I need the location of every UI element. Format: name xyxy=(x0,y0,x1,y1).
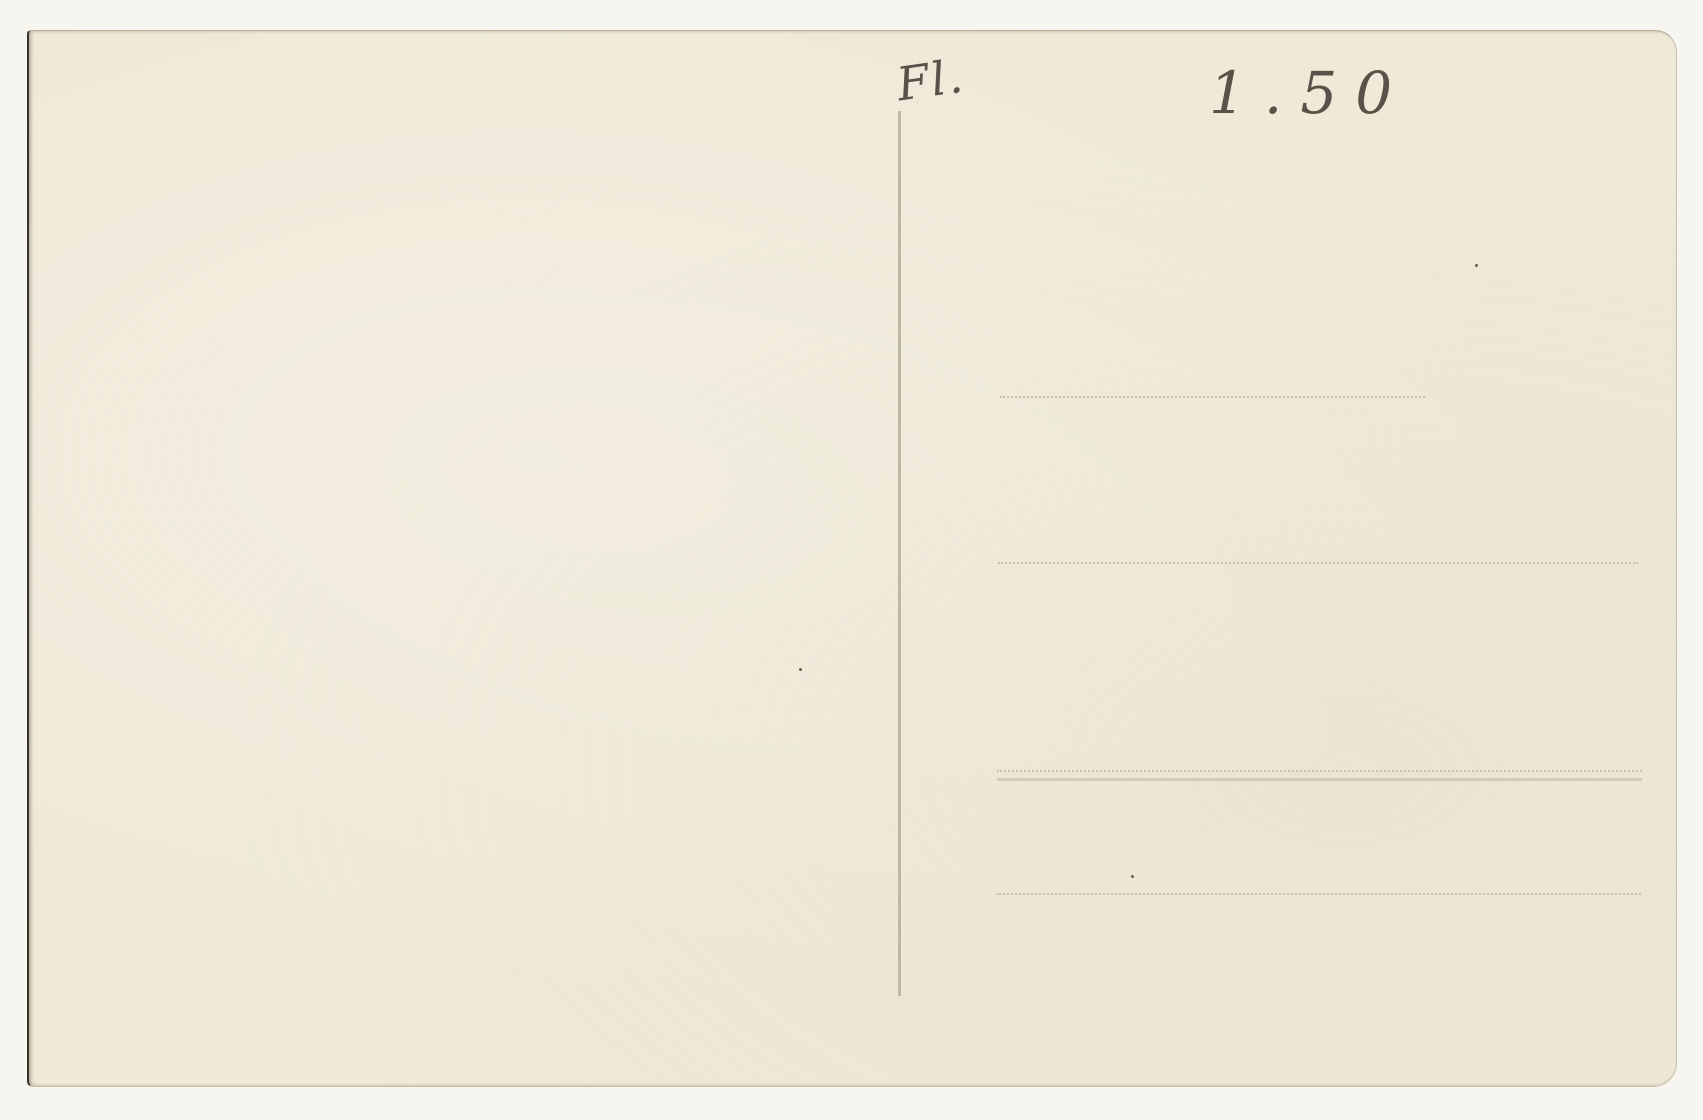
paper-speck xyxy=(1131,875,1134,878)
handwritten-price: 1.50 xyxy=(1209,59,1410,127)
postcard: Fl. 1.50 xyxy=(27,30,1677,1087)
address-line-2 xyxy=(998,562,1638,564)
address-line-1 xyxy=(1000,396,1425,398)
handwritten-annotation: Fl. xyxy=(894,49,968,112)
address-line-3 xyxy=(997,778,1642,781)
address-line-3-top xyxy=(997,770,1642,772)
paper-speck xyxy=(799,668,802,671)
paper-speck xyxy=(1475,264,1478,267)
paper-texture xyxy=(29,31,1676,1086)
message-address-divider xyxy=(898,111,901,996)
address-line-4 xyxy=(996,893,1641,895)
